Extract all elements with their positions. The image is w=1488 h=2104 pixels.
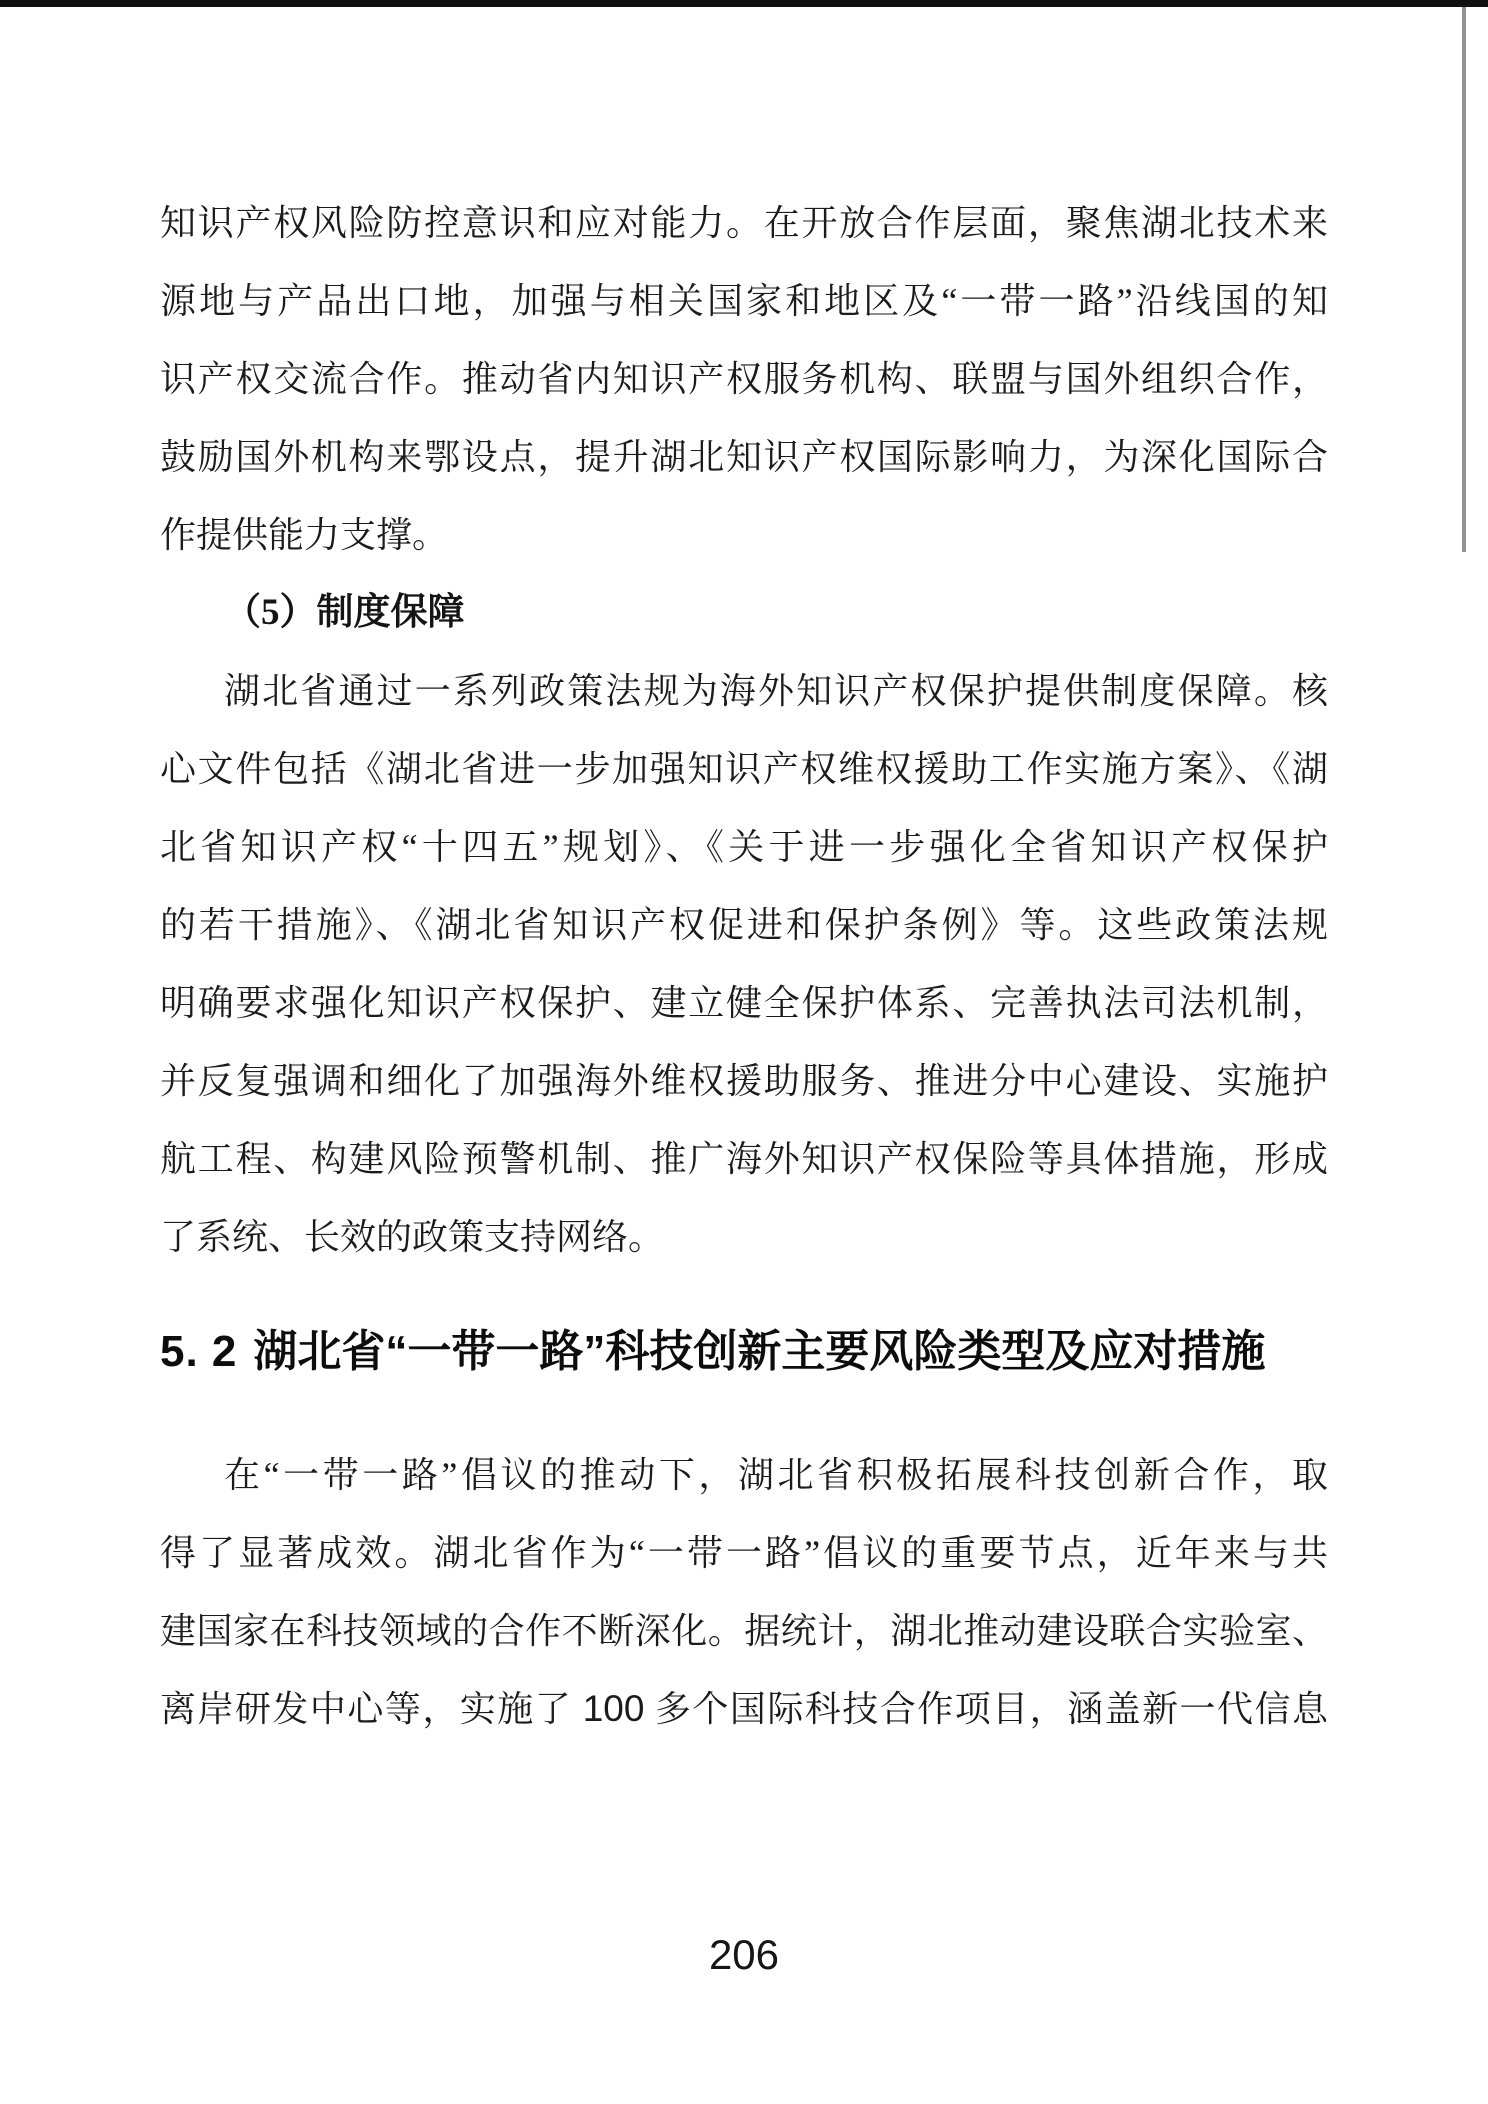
text-line: 湖北省通过一系列政策法规为海外知识产权保护提供制度保障。核 <box>160 652 1328 730</box>
text-segment: 离岸研发中心等，实施了 <box>160 1689 583 1729</box>
text-line: 在“一带一路”倡议的推动下，湖北省积极拓展科技创新合作，取 <box>160 1436 1328 1514</box>
text-line: 心文件包括《湖北省进一步加强知识产权维权援助工作实施方案》、《湖 <box>160 730 1328 808</box>
subsection-heading-institutional-guarantee: （5）制度保障 <box>160 574 1328 652</box>
text-line: 作提供能力支撑。 <box>160 496 1328 574</box>
text-line: 鼓励国外机构来鄂设点，提升湖北知识产权国际影响力，为深化国际合 <box>160 418 1328 496</box>
text-line: 知识产权风险防控意识和应对能力。在开放合作层面，聚焦湖北技术来 <box>160 184 1328 262</box>
project-count-number: 100 <box>583 1688 645 1729</box>
document-page: 知识产权风险防控意识和应对能力。在开放合作层面，聚焦湖北技术来 源地与产品出口地… <box>0 0 1488 2104</box>
text-line: 建国家在科技领域的合作不断深化。据统计，湖北推动建设联合实验室、 <box>160 1592 1328 1670</box>
section-number: 5. 2 <box>160 1320 237 1384</box>
text-segment: 多个国际科技合作项目，涵盖新一代信息 <box>644 1689 1328 1729</box>
paragraph-belt-road-cooperation: 在“一带一路”倡议的推动下，湖北省积极拓展科技创新合作，取 得了显著成效。湖北省… <box>160 1436 1328 1748</box>
text-line: 识产权交流合作。推动省内知识产权服务机构、联盟与国外组织合作， <box>160 340 1328 418</box>
page-number: 206 <box>0 1930 1488 1980</box>
text-line: 源地与产品出口地，加强与相关国家和地区及“一带一路”沿线国的知 <box>160 262 1328 340</box>
text-line: 航工程、构建风险预警机制、推广海外知识产权保险等具体措施，形成 <box>160 1120 1328 1198</box>
scan-artifact-line <box>1462 7 1466 552</box>
paragraph-continuation: 知识产权风险防控意识和应对能力。在开放合作层面，聚焦湖北技术来 源地与产品出口地… <box>160 184 1328 574</box>
page-content: 知识产权风险防控意识和应对能力。在开放合作层面，聚焦湖北技术来 源地与产品出口地… <box>160 184 1328 1748</box>
text-line: 并反复强调和细化了加强海外维权援助服务、推进分中心建设、实施护 <box>160 1042 1328 1120</box>
section-heading-5-2: 5. 2湖北省“一带一路”科技创新主要风险类型及应对措施 <box>160 1320 1328 1384</box>
text-line: 得了显著成效。湖北省作为“一带一路”倡议的重要节点，近年来与共 <box>160 1514 1328 1592</box>
text-line: 北省知识产权“十四五”规划》、《关于进一步强化全省知识产权保护 <box>160 808 1328 886</box>
page-top-border <box>0 0 1488 7</box>
text-line: 的若干措施》、《湖北省知识产权促进和保护条例》等。这些政策法规 <box>160 886 1328 964</box>
text-line: 离岸研发中心等，实施了 100 多个国际科技合作项目，涵盖新一代信息 <box>160 1670 1328 1748</box>
text-line: 明确要求强化知识产权保护、建立健全保护体系、完善执法司法机制， <box>160 964 1328 1042</box>
section-title: 湖北省“一带一路”科技创新主要风险类型及应对措施 <box>253 1327 1265 1376</box>
text-line: 了系统、长效的政策支持网络。 <box>160 1198 1328 1276</box>
paragraph-policy-guarantee: 湖北省通过一系列政策法规为海外知识产权保护提供制度保障。核 心文件包括《湖北省进… <box>160 652 1328 1276</box>
